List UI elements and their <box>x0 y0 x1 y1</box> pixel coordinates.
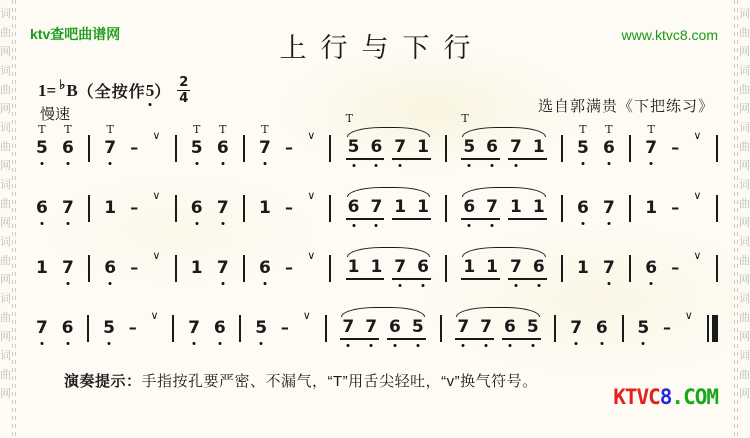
note-digit: 6 <box>645 258 657 278</box>
duration-dash: – <box>663 320 671 336</box>
note: 1 <box>370 259 382 276</box>
note: 5T <box>36 140 48 157</box>
note-digit: 7 <box>480 317 492 337</box>
note: 1 <box>645 200 657 217</box>
note-digit: 1 <box>348 257 360 277</box>
tonguing-mark: T <box>579 124 586 135</box>
eighth-note-beam-pair: 11 <box>346 259 385 280</box>
eighth-note-beam-pair: 67 <box>346 199 385 220</box>
note: 5T <box>577 140 589 157</box>
tip-text: 手指按孔要严密、不漏气，“T”用舌尖轻吐，“v”换气符号。 <box>142 373 538 390</box>
note-digit: 6 <box>62 138 74 158</box>
low-octave-dot <box>514 164 517 167</box>
eighth-note-beam-pair: 65 <box>502 319 541 340</box>
duration-dash: – <box>671 260 679 276</box>
note: 6 <box>504 319 516 336</box>
breath-mark: ∨ <box>693 189 701 202</box>
bar-line <box>239 315 241 342</box>
note-digit: 5 <box>463 137 475 157</box>
low-octave-dot <box>485 344 488 347</box>
note-digit: 1 <box>486 257 498 277</box>
key-prefix: 1= <box>38 81 56 101</box>
note-digit: 1 <box>577 258 589 278</box>
logo-segment: 8 <box>660 385 672 409</box>
low-octave-dot <box>221 282 224 285</box>
fingering-note-digit: 5 <box>146 81 155 100</box>
note: 6T <box>62 140 74 157</box>
bar-line <box>561 135 563 162</box>
low-octave-dot <box>508 344 511 347</box>
low-octave-dot <box>109 162 112 165</box>
note: 6 <box>486 139 498 156</box>
low-octave-dot <box>221 162 224 165</box>
low-octave-dot <box>260 342 263 345</box>
note-digit: 6 <box>348 197 360 217</box>
note: 6 <box>417 259 429 276</box>
note: 6 <box>348 199 360 216</box>
bar-line <box>629 195 631 222</box>
duration-dash: – <box>130 260 138 276</box>
tonguing-mark: T <box>38 124 45 135</box>
beamed-note-group: T5671 <box>461 139 546 160</box>
low-octave-dot <box>195 162 198 165</box>
eighth-note-beam-pair: 71 <box>392 139 431 160</box>
note: 6 <box>191 200 203 217</box>
low-octave-dot <box>40 222 43 225</box>
note-digit: 7 <box>603 198 615 218</box>
bar-line <box>243 195 245 222</box>
note-digit: 6 <box>486 137 498 157</box>
note-digit: 6 <box>389 317 401 337</box>
time-signature-denominator: 4 <box>179 91 188 105</box>
tonguing-mark: T <box>64 124 71 135</box>
note: 7T <box>259 140 271 157</box>
bar-line <box>175 135 177 162</box>
key-letter: B <box>66 81 77 101</box>
bar-line <box>716 195 718 222</box>
tonguing-mark: T <box>193 124 200 135</box>
note-digit: 6 <box>214 318 226 338</box>
bar-line <box>445 255 447 282</box>
low-octave-dot <box>399 284 402 287</box>
eighth-note-beam-pair: 11 <box>508 199 547 220</box>
note-digit: 7 <box>510 137 522 157</box>
note: 1 <box>417 199 429 216</box>
note-digit: 1 <box>463 257 475 277</box>
bar-line <box>243 255 245 282</box>
time-signature: 24 <box>177 76 190 105</box>
low-octave-dot <box>607 162 610 165</box>
bar-line <box>554 315 556 342</box>
note: 5T <box>191 140 203 157</box>
eighth-note-beam-pair: 77 <box>340 319 379 340</box>
note-digit: 5 <box>577 138 589 158</box>
bar-line <box>561 195 563 222</box>
note: 7 <box>36 320 48 337</box>
note: 1 <box>259 200 271 217</box>
tonguing-mark: T <box>461 112 468 125</box>
note: 6 <box>389 319 401 336</box>
low-octave-dot <box>607 222 610 225</box>
score-system-2: 671–∨671–∨67116711671–∨ <box>36 182 718 234</box>
site-url-watermark: www.ktvc8.com <box>622 27 718 43</box>
bar-line <box>88 135 90 162</box>
slur-arc <box>462 127 545 137</box>
eighth-note-beam-pair: 11 <box>461 259 500 280</box>
key-signature: 1=♭B （全按作5） 24 <box>38 76 190 105</box>
performance-tip: 演奏提示：手指按孔要严密、不漏气，“T”用舌尖轻吐，“v”换气符号。 <box>64 370 538 391</box>
fingering-pre: （全按作 <box>78 79 146 102</box>
note: 7 <box>62 200 74 217</box>
tonguing-mark: T <box>261 124 268 135</box>
low-octave-dot <box>66 162 69 165</box>
note: 1 <box>36 260 48 277</box>
bar-line <box>88 255 90 282</box>
low-octave-dot <box>352 164 355 167</box>
note-digit: 6 <box>370 137 382 157</box>
duration-dash: – <box>130 140 138 156</box>
note-digit: 7 <box>510 257 522 277</box>
note-digit: 1 <box>259 198 271 218</box>
right-dashed-border-2 <box>734 0 735 438</box>
low-octave-dot <box>195 222 198 225</box>
eighth-note-beam-pair: 71 <box>508 139 547 160</box>
note: 5 <box>255 320 267 337</box>
note-digit: 1 <box>394 197 406 217</box>
note: 7 <box>603 200 615 217</box>
low-octave-dot <box>600 342 603 345</box>
bar-line <box>716 135 718 162</box>
breath-mark: ∨ <box>693 249 701 262</box>
duration-dash: – <box>130 200 138 216</box>
note: 6 <box>36 200 48 217</box>
note-digit: 6 <box>463 197 475 217</box>
note-digit: 7 <box>457 317 469 337</box>
note-digit: 6 <box>62 318 74 338</box>
note-digit: 7 <box>36 318 48 338</box>
note-digit: 5 <box>412 317 424 337</box>
ktvc8-logo: KTVC8.COM <box>613 387 718 408</box>
note-digit: 6 <box>603 138 615 158</box>
eighth-note-beam-pair: 77 <box>455 319 494 340</box>
note: 1 <box>577 260 589 277</box>
bar-line <box>243 135 245 162</box>
tempo-marking: 慢速 <box>40 103 70 124</box>
bar-line <box>329 135 331 162</box>
duration-dash: – <box>671 200 679 216</box>
note-digit: 5 <box>348 137 360 157</box>
note: 6 <box>577 200 589 217</box>
duration-dash: – <box>129 320 137 336</box>
note-digit: 1 <box>191 258 203 278</box>
time-signature-numerator: 2 <box>177 76 190 91</box>
tonguing-mark: T <box>106 124 113 135</box>
note-digit: 1 <box>645 198 657 218</box>
note: 6 <box>214 320 226 337</box>
note: 5 <box>637 320 649 337</box>
low-octave-dot <box>537 284 540 287</box>
low-octave-dot <box>607 282 610 285</box>
note: 1 <box>463 259 475 276</box>
note: 1 <box>417 139 429 156</box>
note: 6 <box>370 139 382 156</box>
note: 7T <box>104 140 116 157</box>
breath-mark: ∨ <box>307 249 315 262</box>
note: 6T <box>603 140 615 157</box>
note: 6 <box>596 320 608 337</box>
low-octave-dot <box>193 342 196 345</box>
right-dashed-border <box>737 0 738 438</box>
low-octave-dot <box>514 284 517 287</box>
note: 6 <box>62 320 74 337</box>
bar-line <box>629 255 631 282</box>
low-octave-dot <box>221 222 224 225</box>
note-digit: 1 <box>370 257 382 277</box>
note: 7 <box>510 139 522 156</box>
note-digit: 7 <box>570 318 582 338</box>
note-digit: 5 <box>103 318 115 338</box>
low-octave-dot <box>575 342 578 345</box>
slur-arc <box>456 307 539 317</box>
low-octave-dot <box>650 282 653 285</box>
note: 1 <box>510 199 522 216</box>
tonguing-mark: T <box>219 124 226 135</box>
low-octave-dot <box>263 162 266 165</box>
note: 1 <box>486 259 498 276</box>
beamed-note-group: T5671 <box>346 139 431 160</box>
note-digit: 5 <box>255 318 267 338</box>
note-digit: 7 <box>603 258 615 278</box>
low-octave-dot <box>642 342 645 345</box>
low-octave-dot <box>352 224 355 227</box>
eighth-note-beam-pair: 56 <box>461 139 500 160</box>
note-digit: 7 <box>62 258 74 278</box>
note: 6 <box>533 259 545 276</box>
note: 1 <box>348 259 360 276</box>
note: 7 <box>217 200 229 217</box>
low-octave-dot <box>468 224 471 227</box>
low-octave-dot <box>347 344 350 347</box>
beamed-note-group: 6711 <box>461 199 546 220</box>
low-octave-dot <box>40 342 43 345</box>
eighth-note-beam-pair: 76 <box>508 259 547 280</box>
bar-line <box>88 195 90 222</box>
eighth-note-beam-pair: 65 <box>387 319 426 340</box>
breath-mark: ∨ <box>307 189 315 202</box>
bar-line <box>445 195 447 222</box>
note: 6 <box>645 260 657 277</box>
note-digit: 6 <box>36 198 48 218</box>
note: 5 <box>348 139 360 156</box>
left-dashed-border-2 <box>15 0 16 438</box>
low-octave-dot <box>109 282 112 285</box>
low-octave-dot <box>108 342 111 345</box>
bar-line <box>329 255 331 282</box>
note-digit: 1 <box>36 258 48 278</box>
note-digit: 7 <box>217 258 229 278</box>
beamed-note-group: 1176 <box>461 259 546 280</box>
flat-sign: ♭ <box>59 77 65 93</box>
final-bar-thick <box>712 315 718 342</box>
eighth-note-beam-pair: 11 <box>392 199 431 220</box>
note-digit: 6 <box>104 258 116 278</box>
note: 7 <box>62 260 74 277</box>
low-octave-dot <box>581 162 584 165</box>
low-octave-dot <box>399 164 402 167</box>
eighth-note-beam-pair: 67 <box>461 199 500 220</box>
low-octave-dot <box>66 342 69 345</box>
duration-dash: – <box>671 140 679 156</box>
note-digit: 6 <box>596 318 608 338</box>
low-octave-dot <box>581 222 584 225</box>
breath-mark: ∨ <box>303 309 311 322</box>
eighth-note-beam-pair: 76 <box>392 259 431 280</box>
low-octave-dot <box>468 164 471 167</box>
note-digit: 7 <box>645 138 657 158</box>
duration-dash: – <box>285 260 293 276</box>
note-digit: 1 <box>510 197 522 217</box>
note-digit: 7 <box>259 138 271 158</box>
note-digit: 1 <box>417 197 429 217</box>
breath-mark: ∨ <box>152 189 160 202</box>
note-digit: 7 <box>394 137 406 157</box>
low-octave-dot <box>462 344 465 347</box>
note-digit: 1 <box>533 197 545 217</box>
note: 5 <box>527 319 539 336</box>
bar-line <box>716 255 718 282</box>
final-double-bar-line <box>707 315 718 342</box>
note-digit: 6 <box>217 138 229 158</box>
beamed-note-group: 6711 <box>346 199 431 220</box>
note: 6T <box>217 140 229 157</box>
note-digit: 1 <box>104 198 116 218</box>
note-digit: 7 <box>365 317 377 337</box>
fingering-note: 5 <box>146 81 155 101</box>
slur-arc <box>462 247 545 257</box>
note: 7 <box>188 320 200 337</box>
note-digit: 7 <box>217 198 229 218</box>
note-digit: 6 <box>504 317 516 337</box>
note: 1 <box>104 200 116 217</box>
note-digit: 7 <box>188 318 200 338</box>
note-digit: 5 <box>36 138 48 158</box>
breath-mark: ∨ <box>152 249 160 262</box>
note: 6 <box>104 260 116 277</box>
note-digit: 7 <box>486 197 498 217</box>
note-digit: 5 <box>527 317 539 337</box>
slur-arc <box>347 247 430 257</box>
tip-label: 演奏提示： <box>64 373 142 390</box>
note: 7 <box>457 319 469 336</box>
low-octave-dot <box>491 224 494 227</box>
low-octave-dot <box>148 103 151 106</box>
slur-arc <box>347 187 430 197</box>
left-dashed-border <box>12 0 13 438</box>
note-digit: 5 <box>191 138 203 158</box>
note-digit: 7 <box>370 197 382 217</box>
low-octave-dot <box>531 344 534 347</box>
slur-arc <box>341 307 424 317</box>
left-watermark-column: 词曲网词曲网词曲网词曲网词曲网词曲网词曲网 <box>0 0 11 438</box>
low-octave-dot <box>422 284 425 287</box>
tonguing-mark: T <box>346 112 353 125</box>
bar-line <box>175 195 177 222</box>
note-digit: 6 <box>417 257 429 277</box>
beamed-note-group: 1176 <box>346 259 431 280</box>
note-digit: 7 <box>104 138 116 158</box>
low-octave-dot <box>66 282 69 285</box>
low-octave-dot <box>40 162 43 165</box>
bar-line <box>622 315 624 342</box>
breath-mark: ∨ <box>307 129 315 142</box>
bar-line <box>629 135 631 162</box>
note: 7 <box>342 319 354 336</box>
note: 7 <box>370 199 382 216</box>
note: 7 <box>394 139 406 156</box>
note: 7 <box>486 199 498 216</box>
low-octave-dot <box>375 224 378 227</box>
tonguing-mark: T <box>647 124 654 135</box>
logo-segment: .COM <box>671 385 718 409</box>
breath-mark: ∨ <box>151 309 159 322</box>
note: 7 <box>217 260 229 277</box>
note-digit: 1 <box>533 137 545 157</box>
note: 7 <box>570 320 582 337</box>
note-digit: 7 <box>62 198 74 218</box>
bar-line <box>440 315 442 342</box>
final-bar-thin <box>707 315 709 342</box>
score-system-1: 5T6T7T–∨5T6T7T–∨T5671T56715T6T7T–∨ <box>36 122 718 174</box>
fingering-post: ） <box>154 79 171 102</box>
note: 5 <box>412 319 424 336</box>
note-digit: 7 <box>394 257 406 277</box>
note-digit: 7 <box>342 317 354 337</box>
low-octave-dot <box>416 344 419 347</box>
note-digit: 6 <box>259 258 271 278</box>
logo-segment: KTVC <box>613 385 660 409</box>
score-system-3: 176–∨176–∨11761176176–∨ <box>36 242 718 294</box>
beamed-note-group: 7765 <box>340 319 425 340</box>
breath-mark: ∨ <box>693 129 701 142</box>
note: 7 <box>480 319 492 336</box>
bar-line <box>172 315 174 342</box>
low-octave-dot <box>393 344 396 347</box>
low-octave-dot <box>263 282 266 285</box>
note-digit: 6 <box>533 257 545 277</box>
low-octave-dot <box>375 164 378 167</box>
bar-line <box>87 315 89 342</box>
bar-line <box>175 255 177 282</box>
note-digit: 6 <box>191 198 203 218</box>
duration-dash: – <box>281 320 289 336</box>
note: 7 <box>510 259 522 276</box>
bar-line <box>325 315 327 342</box>
slur-arc <box>462 187 545 197</box>
note: 6 <box>463 199 475 216</box>
eighth-note-beam-pair: 56 <box>346 139 385 160</box>
note: 1 <box>533 199 545 216</box>
breath-mark: ∨ <box>685 309 693 322</box>
note: 1 <box>191 260 203 277</box>
beamed-note-group: 7765 <box>455 319 540 340</box>
right-watermark-column: 词曲网词曲网词曲网词曲网词曲网词曲网词曲网 <box>739 0 750 438</box>
note-digit: 6 <box>577 198 589 218</box>
bar-line <box>561 255 563 282</box>
note: 7 <box>365 319 377 336</box>
slur-arc <box>347 127 430 137</box>
note: 7 <box>603 260 615 277</box>
low-octave-dot <box>370 344 373 347</box>
